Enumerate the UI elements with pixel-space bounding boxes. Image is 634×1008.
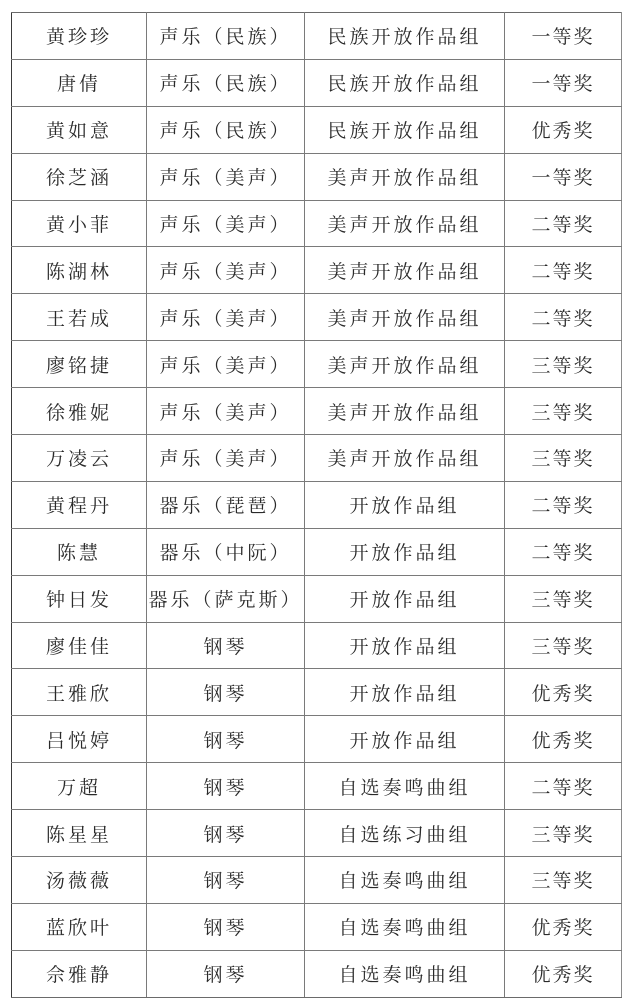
competition-group: 民族开放作品组: [327, 26, 481, 48]
award-level: 二等奖: [531, 495, 594, 517]
cell-category: 钢琴: [147, 903, 305, 950]
cell-name: 王若成: [12, 294, 147, 341]
competition-group: 美声开放作品组: [327, 355, 481, 377]
participant-name: 陈星星: [46, 824, 112, 846]
award-level: 一等奖: [531, 73, 594, 95]
awards-table: 黄珍珍 声乐（民族） 民族开放作品组 一等奖 唐倩 声乐（民族） 民族开放作品组…: [11, 12, 622, 998]
competition-group: 开放作品组: [349, 495, 459, 517]
participant-name: 黄小菲: [46, 214, 112, 236]
performance-category: 声乐（民族）: [159, 26, 291, 48]
competition-group: 美声开放作品组: [327, 167, 481, 189]
award-level: 一等奖: [531, 26, 594, 48]
cell-group: 美声开放作品组: [305, 200, 505, 247]
cell-name: 吕悦婷: [12, 716, 147, 763]
cell-category: 声乐（美声）: [147, 341, 305, 388]
cell-group: 美声开放作品组: [305, 388, 505, 435]
cell-award: 三等奖: [505, 575, 622, 622]
award-level: 优秀奖: [531, 730, 594, 752]
table-row: 廖铭捷 声乐（美声） 美声开放作品组 三等奖: [12, 341, 622, 388]
performance-category: 声乐（美声）: [159, 355, 291, 377]
cell-name: 钟日发: [12, 575, 147, 622]
cell-group: 开放作品组: [305, 575, 505, 622]
cell-award: 三等奖: [505, 810, 622, 857]
table-row: 唐倩 声乐（民族） 民族开放作品组 一等奖: [12, 59, 622, 106]
award-level: 三等奖: [531, 589, 594, 611]
performance-category: 器乐（琵琶）: [159, 495, 291, 517]
cell-award: 二等奖: [505, 294, 622, 341]
performance-category: 钢琴: [203, 636, 247, 658]
cell-category: 钢琴: [147, 950, 305, 997]
participant-name: 蓝欣叶: [46, 917, 112, 939]
award-level: 优秀奖: [531, 964, 594, 986]
cell-name: 黄珍珍: [12, 13, 147, 60]
cell-name: 王雅欣: [12, 669, 147, 716]
competition-group: 开放作品组: [349, 542, 459, 564]
participant-name: 黄程丹: [46, 495, 112, 517]
award-level: 优秀奖: [531, 683, 594, 705]
cell-category: 器乐（萨克斯）: [147, 575, 305, 622]
performance-category: 声乐（民族）: [159, 73, 291, 95]
table-row: 黄程丹 器乐（琵琶） 开放作品组 二等奖: [12, 481, 622, 528]
competition-group: 美声开放作品组: [327, 261, 481, 283]
cell-category: 器乐（中阮）: [147, 528, 305, 575]
table-row: 万超 钢琴 自选奏鸣曲组 二等奖: [12, 763, 622, 810]
competition-group: 开放作品组: [349, 636, 459, 658]
cell-award: 三等奖: [505, 622, 622, 669]
performance-category: 钢琴: [203, 824, 247, 846]
award-level: 一等奖: [531, 167, 594, 189]
table-row: 陈星星 钢琴 自选练习曲组 三等奖: [12, 810, 622, 857]
cell-group: 自选奏鸣曲组: [305, 903, 505, 950]
performance-category: 钢琴: [203, 730, 247, 752]
cell-group: 开放作品组: [305, 528, 505, 575]
cell-group: 自选奏鸣曲组: [305, 857, 505, 904]
cell-category: 声乐（美声）: [147, 294, 305, 341]
award-level: 二等奖: [531, 214, 594, 236]
performance-category: 声乐（美声）: [159, 261, 291, 283]
award-level: 二等奖: [531, 542, 594, 564]
cell-category: 钢琴: [147, 763, 305, 810]
award-level: 二等奖: [531, 261, 594, 283]
award-level: 优秀奖: [531, 917, 594, 939]
table-row: 吕悦婷 钢琴 开放作品组 优秀奖: [12, 716, 622, 763]
competition-group: 自选练习曲组: [338, 824, 470, 846]
award-level: 三等奖: [531, 402, 594, 424]
cell-award: 优秀奖: [505, 950, 622, 997]
award-level: 三等奖: [531, 448, 594, 470]
cell-category: 钢琴: [147, 857, 305, 904]
awards-table-body: 黄珍珍 声乐（民族） 民族开放作品组 一等奖 唐倩 声乐（民族） 民族开放作品组…: [12, 13, 622, 998]
cell-award: 优秀奖: [505, 903, 622, 950]
award-level: 二等奖: [531, 777, 594, 799]
cell-category: 钢琴: [147, 622, 305, 669]
cell-category: 钢琴: [147, 810, 305, 857]
table-row: 黄如意 声乐（民族） 民族开放作品组 优秀奖: [12, 106, 622, 153]
cell-group: 自选练习曲组: [305, 810, 505, 857]
performance-category: 声乐（美声）: [159, 214, 291, 236]
competition-group: 自选奏鸣曲组: [338, 870, 470, 892]
performance-category: 钢琴: [203, 917, 247, 939]
table-row: 廖佳佳 钢琴 开放作品组 三等奖: [12, 622, 622, 669]
cell-name: 唐倩: [12, 59, 147, 106]
participant-name: 吕悦婷: [46, 730, 112, 752]
cell-category: 声乐（民族）: [147, 59, 305, 106]
cell-award: 三等奖: [505, 435, 622, 482]
cell-name: 陈湖林: [12, 247, 147, 294]
table-row: 佘雅静 钢琴 自选奏鸣曲组 优秀奖: [12, 950, 622, 997]
performance-category: 钢琴: [203, 683, 247, 705]
cell-group: 开放作品组: [305, 669, 505, 716]
participant-name: 唐倩: [57, 73, 101, 95]
cell-category: 声乐（民族）: [147, 13, 305, 60]
table-row: 徐芝涵 声乐（美声） 美声开放作品组 一等奖: [12, 153, 622, 200]
performance-category: 钢琴: [203, 964, 247, 986]
participant-name: 陈湖林: [46, 261, 112, 283]
performance-category: 声乐（民族）: [159, 120, 291, 142]
cell-name: 汤薇薇: [12, 857, 147, 904]
participant-name: 黄如意: [46, 120, 112, 142]
cell-group: 开放作品组: [305, 622, 505, 669]
award-level: 三等奖: [531, 355, 594, 377]
participant-name: 汤薇薇: [46, 870, 112, 892]
cell-award: 优秀奖: [505, 716, 622, 763]
cell-category: 声乐（美声）: [147, 247, 305, 294]
performance-category: 器乐（萨克斯）: [148, 589, 302, 611]
cell-category: 声乐（民族）: [147, 106, 305, 153]
cell-group: 美声开放作品组: [305, 435, 505, 482]
table-row: 王若成 声乐（美声） 美声开放作品组 二等奖: [12, 294, 622, 341]
cell-group: 美声开放作品组: [305, 153, 505, 200]
competition-group: 美声开放作品组: [327, 448, 481, 470]
cell-award: 优秀奖: [505, 669, 622, 716]
competition-group: 自选奏鸣曲组: [338, 917, 470, 939]
participant-name: 万凌云: [46, 448, 112, 470]
award-level: 优秀奖: [531, 120, 594, 142]
table-row: 黄珍珍 声乐（民族） 民族开放作品组 一等奖: [12, 13, 622, 60]
participant-name: 陈慧: [57, 542, 101, 564]
cell-group: 开放作品组: [305, 481, 505, 528]
cell-award: 二等奖: [505, 481, 622, 528]
cell-category: 器乐（琵琶）: [147, 481, 305, 528]
cell-group: 开放作品组: [305, 716, 505, 763]
cell-category: 声乐（美声）: [147, 200, 305, 247]
participant-name: 徐芝涵: [46, 167, 112, 189]
table-row: 万凌云 声乐（美声） 美声开放作品组 三等奖: [12, 435, 622, 482]
award-level: 三等奖: [531, 636, 594, 658]
cell-group: 美声开放作品组: [305, 341, 505, 388]
cell-category: 声乐（美声）: [147, 388, 305, 435]
cell-name: 陈慧: [12, 528, 147, 575]
cell-name: 黄如意: [12, 106, 147, 153]
table-row: 徐雅妮 声乐（美声） 美声开放作品组 三等奖: [12, 388, 622, 435]
cell-name: 佘雅静: [12, 950, 147, 997]
award-level: 三等奖: [531, 870, 594, 892]
cell-group: 民族开放作品组: [305, 13, 505, 60]
cell-name: 蓝欣叶: [12, 903, 147, 950]
cell-group: 美声开放作品组: [305, 294, 505, 341]
competition-group: 美声开放作品组: [327, 308, 481, 330]
cell-name: 徐雅妮: [12, 388, 147, 435]
table-row: 王雅欣 钢琴 开放作品组 优秀奖: [12, 669, 622, 716]
cell-name: 万凌云: [12, 435, 147, 482]
performance-category: 钢琴: [203, 870, 247, 892]
cell-award: 三等奖: [505, 857, 622, 904]
participant-name: 钟日发: [46, 589, 112, 611]
cell-award: 三等奖: [505, 388, 622, 435]
award-level: 三等奖: [531, 824, 594, 846]
competition-group: 开放作品组: [349, 589, 459, 611]
cell-group: 民族开放作品组: [305, 59, 505, 106]
cell-name: 黄程丹: [12, 481, 147, 528]
cell-name: 万超: [12, 763, 147, 810]
table-row: 汤薇薇 钢琴 自选奏鸣曲组 三等奖: [12, 857, 622, 904]
cell-category: 钢琴: [147, 716, 305, 763]
cell-name: 廖佳佳: [12, 622, 147, 669]
participant-name: 佘雅静: [46, 964, 112, 986]
cell-category: 声乐（美声）: [147, 435, 305, 482]
cell-name: 廖铭捷: [12, 341, 147, 388]
cell-group: 自选奏鸣曲组: [305, 763, 505, 810]
table-row: 钟日发 器乐（萨克斯） 开放作品组 三等奖: [12, 575, 622, 622]
participant-name: 王雅欣: [46, 683, 112, 705]
cell-award: 三等奖: [505, 341, 622, 388]
participant-name: 万超: [57, 777, 101, 799]
cell-group: 美声开放作品组: [305, 247, 505, 294]
performance-category: 声乐（美声）: [159, 167, 291, 189]
table-row: 黄小菲 声乐（美声） 美声开放作品组 二等奖: [12, 200, 622, 247]
competition-group: 美声开放作品组: [327, 214, 481, 236]
cell-award: 优秀奖: [505, 106, 622, 153]
cell-category: 钢琴: [147, 669, 305, 716]
cell-award: 二等奖: [505, 763, 622, 810]
participant-name: 廖铭捷: [46, 355, 112, 377]
table-row: 陈慧 器乐（中阮） 开放作品组 二等奖: [12, 528, 622, 575]
participant-name: 徐雅妮: [46, 402, 112, 424]
performance-category: 声乐（美声）: [159, 448, 291, 470]
cell-award: 二等奖: [505, 528, 622, 575]
competition-group: 美声开放作品组: [327, 402, 481, 424]
cell-category: 声乐（美声）: [147, 153, 305, 200]
competition-group: 开放作品组: [349, 683, 459, 705]
performance-category: 器乐（中阮）: [159, 542, 291, 564]
performance-category: 声乐（美声）: [159, 308, 291, 330]
performance-category: 声乐（美声）: [159, 402, 291, 424]
cell-name: 陈星星: [12, 810, 147, 857]
cell-award: 二等奖: [505, 200, 622, 247]
participant-name: 廖佳佳: [46, 636, 112, 658]
cell-award: 一等奖: [505, 153, 622, 200]
cell-award: 一等奖: [505, 59, 622, 106]
cell-name: 黄小菲: [12, 200, 147, 247]
participant-name: 黄珍珍: [46, 26, 112, 48]
participant-name: 王若成: [46, 308, 112, 330]
table-row: 蓝欣叶 钢琴 自选奏鸣曲组 优秀奖: [12, 903, 622, 950]
table-row: 陈湖林 声乐（美声） 美声开放作品组 二等奖: [12, 247, 622, 294]
competition-group: 自选奏鸣曲组: [338, 777, 470, 799]
competition-group: 民族开放作品组: [327, 73, 481, 95]
competition-group: 开放作品组: [349, 730, 459, 752]
cell-award: 二等奖: [505, 247, 622, 294]
cell-group: 民族开放作品组: [305, 106, 505, 153]
cell-group: 自选奏鸣曲组: [305, 950, 505, 997]
cell-award: 一等奖: [505, 13, 622, 60]
competition-group: 民族开放作品组: [327, 120, 481, 142]
cell-name: 徐芝涵: [12, 153, 147, 200]
award-level: 二等奖: [531, 308, 594, 330]
competition-group: 自选奏鸣曲组: [338, 964, 470, 986]
performance-category: 钢琴: [203, 777, 247, 799]
